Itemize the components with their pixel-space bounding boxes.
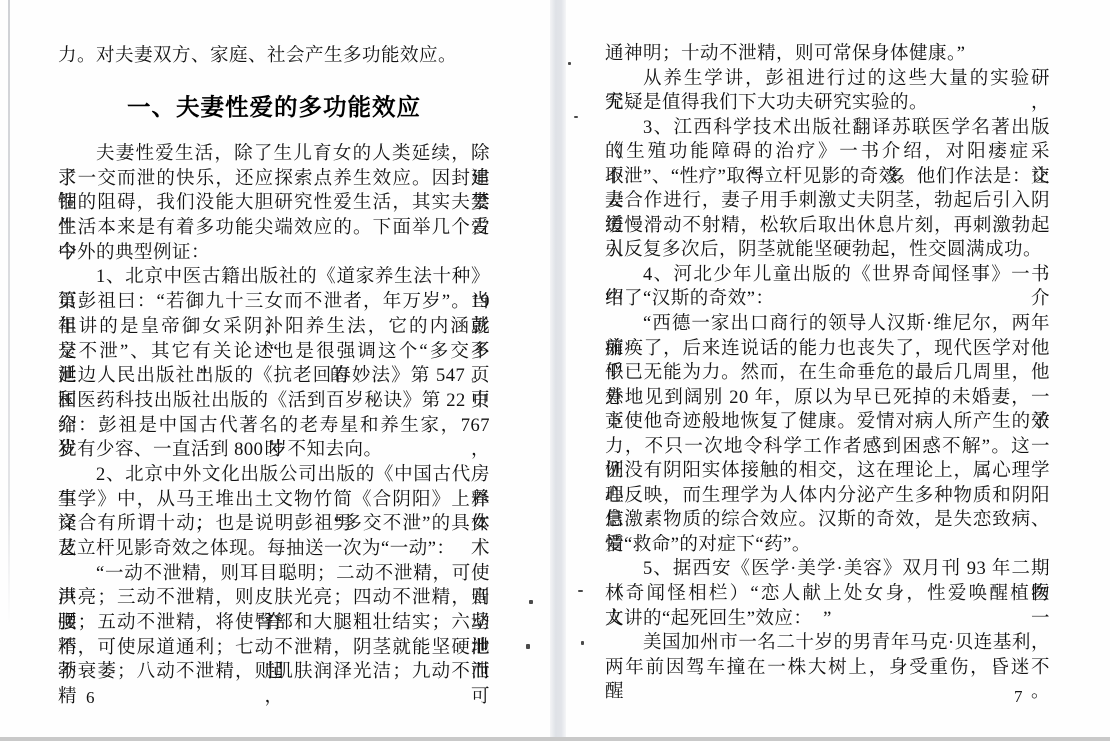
text-line: 瘫痪了，后来连说话的能力也丧失了，现代医学对他似 (605, 337, 1050, 362)
text-line: 5、据西安《医学·美学·美容》双月刊 93 年二期（医 (605, 557, 1050, 582)
text-line: 两年前因驾车撞在一株大树上，身受重伤，昏迷不醒。 (605, 656, 1050, 681)
left-page-body-text: 夫妻性爱生活，除了生儿育女的人类延续，除了追求一交而泄的快乐，还应探索点养生效应… (58, 142, 490, 685)
text-line: 祖讲的是皇帝御女采阴补阳养生法，它的内涵就是“多 (58, 315, 490, 340)
text-line: 交合有所谓十动，也是说明彭祖“多交不泄”的具体艺术 (58, 512, 490, 537)
left-page: 力。对夫妻双方、家庭、社会产生多功能效应。 一、夫妻性爱的多功能效应 夫妻性爱生… (10, 0, 550, 741)
section-heading: 一、夫妻性爱的多功能效应 (58, 88, 490, 122)
binding-gutter (550, 0, 566, 741)
text-line: 理反映，而生理学为人体内分泌产生多种物质和阴阳信 (605, 484, 1050, 509)
text-line: 美国加州市一名二十岁的男青年马克·贝连基利， (605, 631, 1050, 656)
text-line: 竟使他奇迹般地恢复了健康。爱情对病人所产生的效 (605, 410, 1050, 435)
text-line: 页彭祖曰：“若御九十三女而不泄者，年万岁”。当年，彭 (58, 290, 490, 315)
text-line: 不泄”、“性疗”取得立杆见影的奇效。他们作法是：让夫 (605, 165, 1050, 190)
text-line: 绍：彭祖是中国古代著名的老寿星和养生家，767 岁时， (58, 414, 490, 439)
text-line: 及立杆见影奇效之体现。每抽送一次为“一动”： (58, 537, 490, 562)
right-page-body-text: 通神明；十动不泄精，则可常保身体健康。”从养生学讲，彭祖进行过的这些大量的实验研… (605, 42, 1050, 680)
text-line: 强；五动不泄精，将使臀部和大腿粗壮结实；六动不泄 (58, 611, 490, 636)
text-line: 通神明；十动不泄精，则可常保身体健康。” (605, 42, 1050, 67)
text-line: 《生殖功能障碍的治疗》一书介绍，对阳痿症采取“多交 (605, 140, 1050, 165)
left-page-top-line: 力。对夫妻双方、家庭、社会产生多功能效应。 (58, 44, 490, 69)
text-line: 妻合作进行，妻子用手刺激丈夫阴茎，勃起后引入阴道 (605, 189, 1050, 214)
text-line: 夫妻性爱生活，除了生儿育女的人类延续，除了追 (58, 142, 490, 167)
left-page-number: 6 (86, 688, 95, 708)
text-line: 情“救命”的对症下“药”。 (605, 533, 1050, 558)
text-line: 生活本来是有着多功能尖端效应的。下面举几个古今 (58, 216, 490, 241)
text-line: 从养生学讲，彭祖进行过的这些大量的实验研究， (605, 67, 1050, 92)
text-line: 洪亮；三动不泄精，则皮肤光亮；四动不泄精，则腰脊坚 (58, 586, 490, 611)
text-line: 4、河北少年儿童出版的《世界奇闻怪事》一书中介 (605, 263, 1050, 288)
text-line: 中外的典型例证： (58, 241, 490, 266)
right-page-number: 7 (1014, 687, 1023, 707)
text-line: 国医药科技出版社出版的《活到百岁秘诀》第 22 页介 (58, 389, 490, 414)
text-line: 林奇闻怪相栏）“恋人献上处女身，性爱唤醒植物人”一 (605, 582, 1050, 607)
text-line: 延边人民出版社出版的《抗老回春妙法》第 547 页和中 (58, 364, 490, 389)
text-line: 入反复多次后，阴茎就能坚硬勃起，性交圆满成功。 (605, 238, 1050, 263)
text-line: 力，不只一次地令科学工作者感到困惑不解”。这一例 (605, 435, 1050, 460)
text-line: 3、江西科学技术出版社翻译苏联医学名著出版的 (605, 116, 1050, 141)
text-line: 缓慢滑动不射精，松软后取出休息片刻，再刺激勃起引 (605, 214, 1050, 239)
text-line: 生学》中，从马王堆出土文物竹简《合阴阳》上释译：男女 (58, 488, 490, 513)
text-line: “一动不泄精，则耳目聪明；二动不泄精，可使声音 (58, 562, 490, 587)
text-line: 求一交而泄的快乐，还应探索点养生效应。因封建性禁 (58, 167, 490, 192)
text-line: 1、北京中医古籍出版社的《道家养生法十种》第 19 (58, 265, 490, 290)
text-line: 精，可使尿道通利；七动不泄精，阴茎就能坚硬地勃起而 (58, 636, 490, 661)
text-line: 外地见到阔别 20 年，原以为早已死掉的未婚妻，一下子 (605, 386, 1050, 411)
text-line: 交不泄”、其它有关论述也是很强调这个“多交不泄”的。 (58, 340, 490, 365)
text-line: 息激素物质的综合效应。汉斯的奇效，是失恋致病、爱 (605, 508, 1050, 533)
text-line: 不衰萎；八动不泄精，则肌肤润泽光洁；九动不泄精，可 (58, 660, 490, 685)
text-line: 锢的阻碍，我们没能大胆研究性爱生活，其实夫妻性爱 (58, 191, 490, 216)
text-line: 2、北京中外文化出版公司出版的《中国古代房事养 (58, 463, 490, 488)
scanned-book-spread: 力。对夫妻双方、家庭、社会产生多功能效应。 一、夫妻性爱的多功能效应 夫妻性爱生… (0, 0, 1110, 741)
right-page: 通神明；十动不泄精，则可常保身体健康。”从养生学讲，彭祖进行过的这些大量的实验研… (567, 0, 1110, 741)
text-line: “西德一家出口商行的领导人汉斯·维尼尔，两年前 (605, 312, 1050, 337)
text-line: 证没有阴阳实体接触的相交，这在理论上，属心理学心 (605, 459, 1050, 484)
text-line: 乎已无能为力。然而，在生命垂危的最后几周里，他意 (605, 361, 1050, 386)
